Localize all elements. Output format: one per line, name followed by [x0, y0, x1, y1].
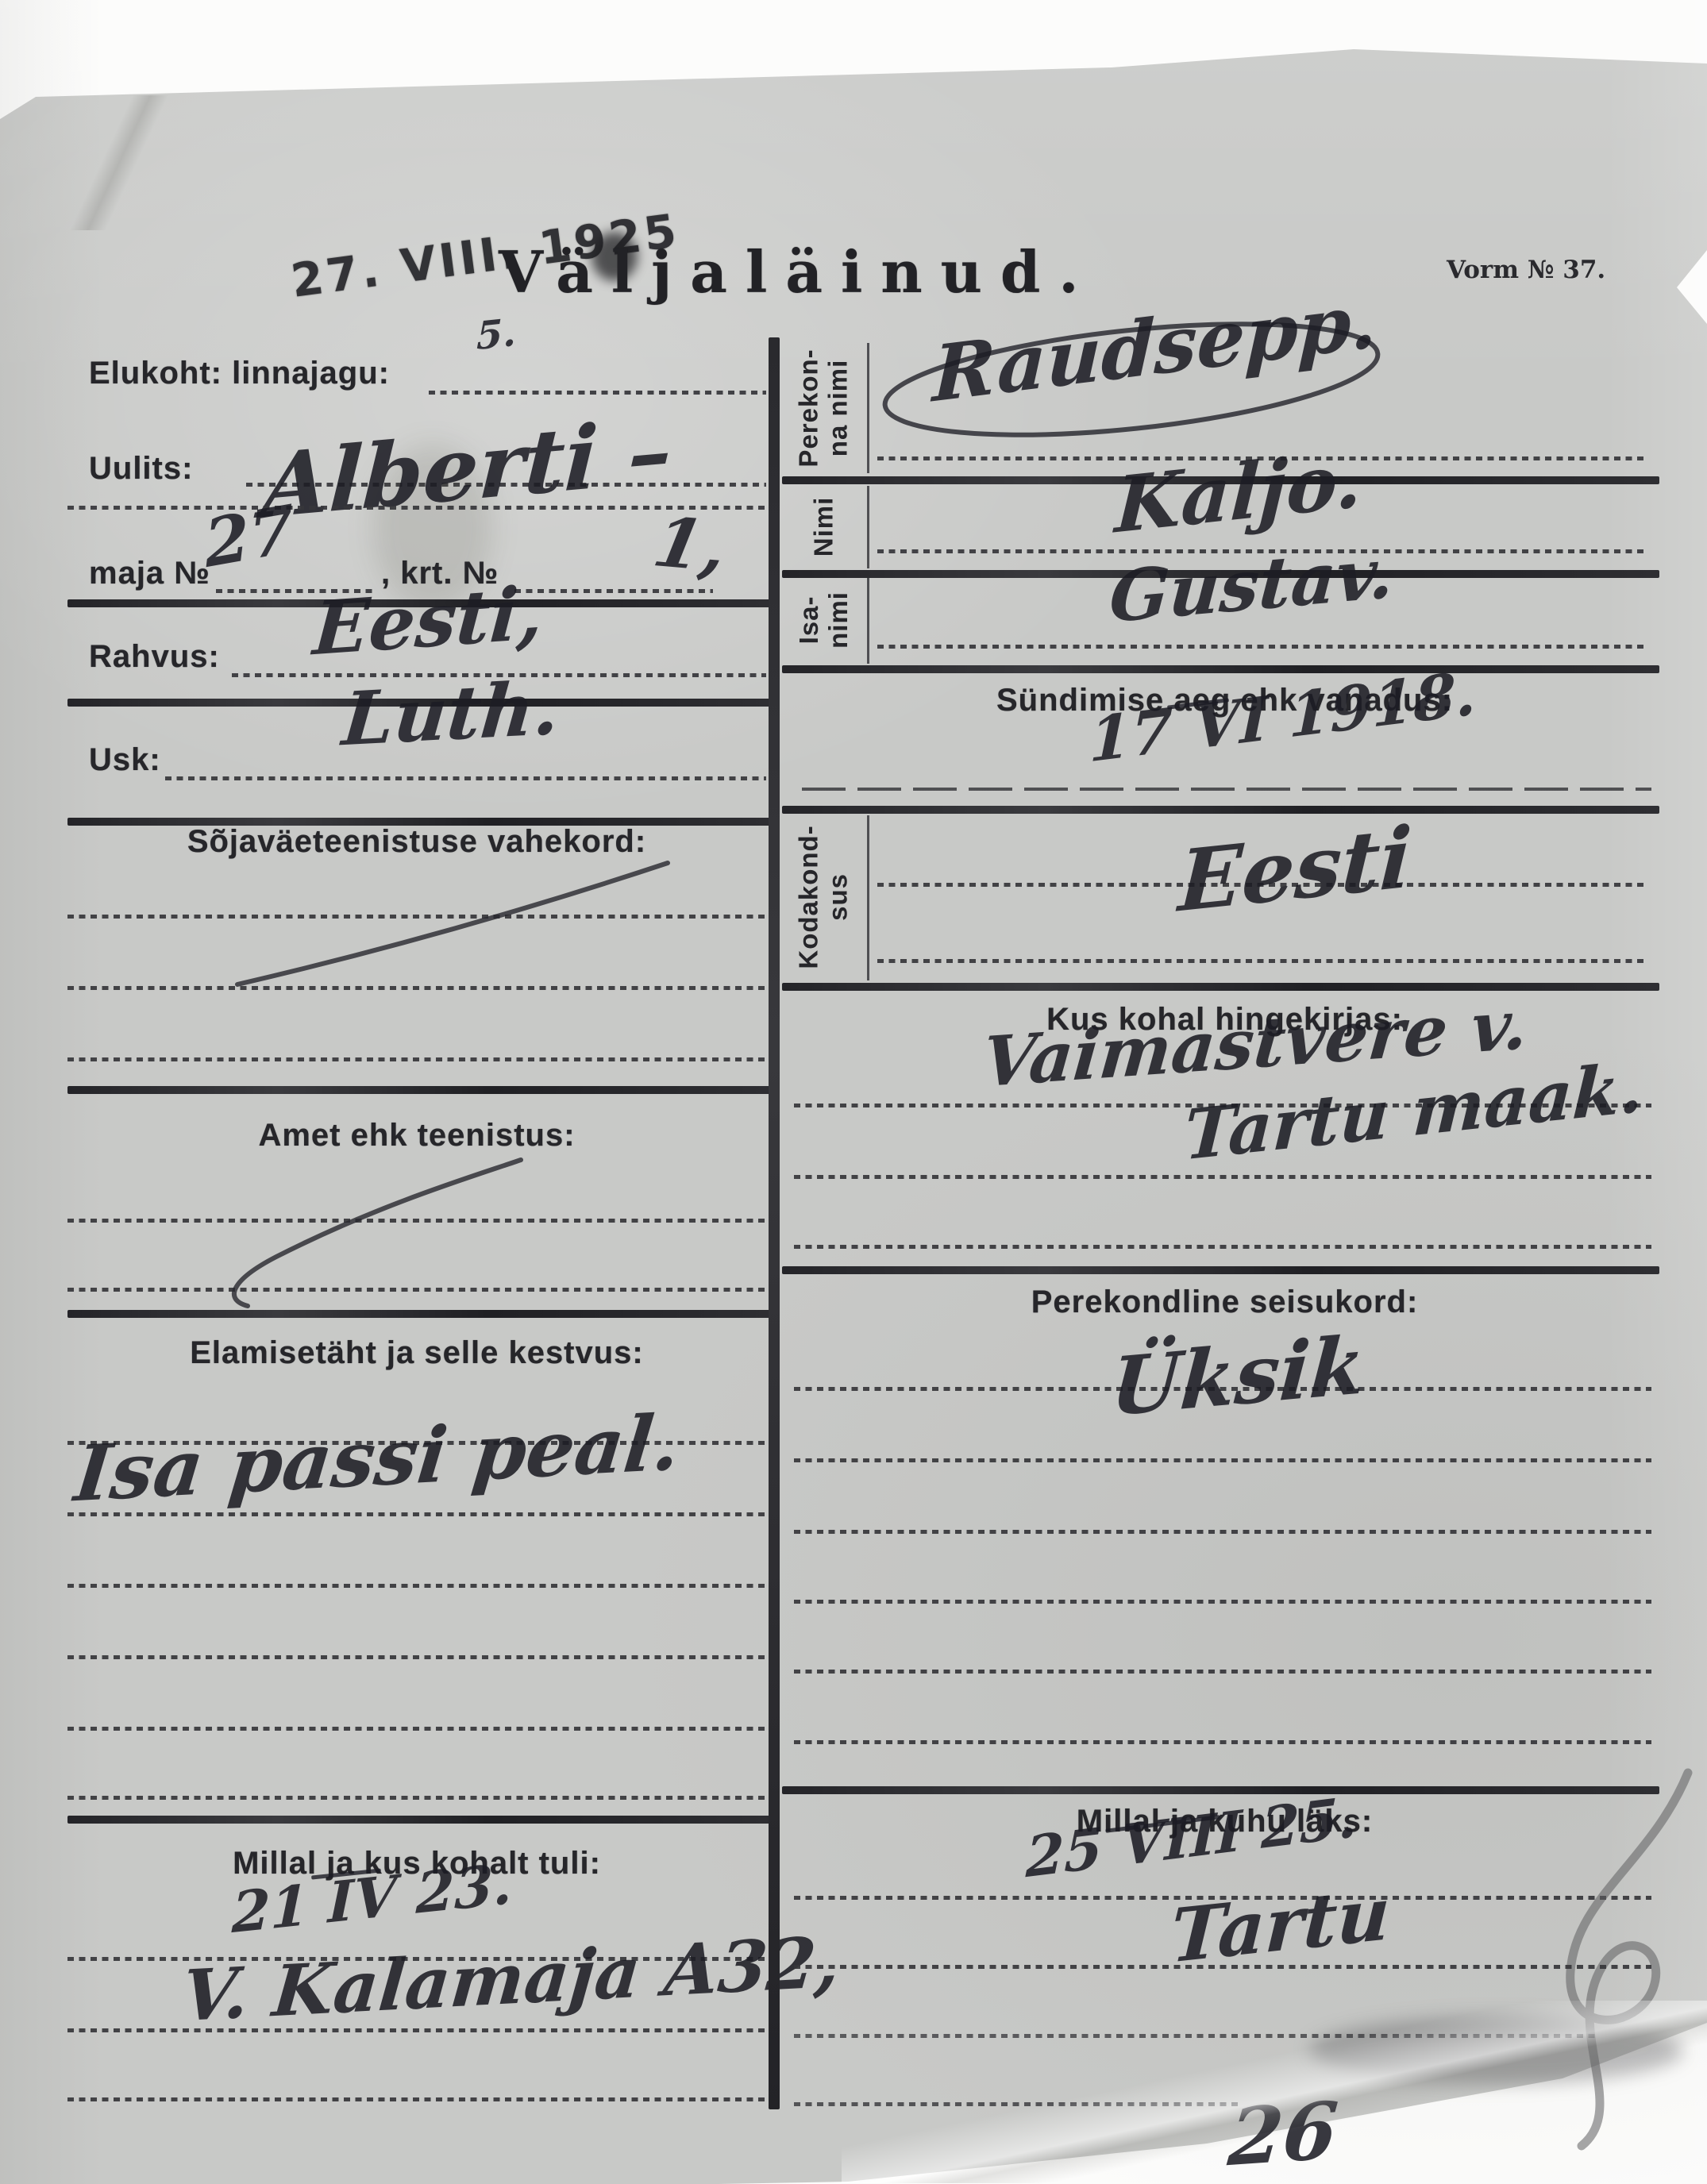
field-label-permit: Elamisetäht ja selle kestvus: [67, 1335, 766, 1371]
scanned-form-page: 27. VIII. 1925 Väljaläinud. Vorm № 37. E… [0, 0, 1707, 2184]
field-label-family-status: Perekondline seisukord: [798, 1285, 1651, 1320]
dash-stroke-occupation [224, 1155, 526, 1310]
dotted-line [67, 2097, 766, 2101]
dotted-line [794, 1530, 1651, 1534]
field-label-religion: Usk: [89, 742, 161, 778]
field-value-residence: 5. [476, 310, 516, 360]
field-label-nationality: Rahvus: [89, 639, 220, 675]
label-rule [867, 343, 869, 473]
section-divider [67, 1086, 770, 1094]
field-label-house-no: maja № [89, 556, 210, 591]
father-name-label-line1: Isa- [795, 591, 824, 649]
dotted-line [877, 645, 1646, 649]
dotted-line [165, 776, 766, 780]
ruled-line [802, 788, 1651, 791]
section-divider [782, 665, 1659, 673]
label-rule [867, 486, 869, 568]
dotted-line [794, 1740, 1651, 1744]
dotted-line [794, 1600, 1651, 1604]
pencil-flourish [1532, 1766, 1707, 2155]
dotted-line [429, 391, 766, 395]
dotted-line [67, 1655, 766, 1659]
dotted-line [794, 1245, 1651, 1249]
citizenship-label-line1: Kodakond- [795, 825, 824, 969]
dotted-line [67, 1727, 766, 1731]
dotted-line [794, 2034, 1596, 2038]
section-divider [782, 1266, 1659, 1274]
field-value-nationality: Eesti, [310, 569, 546, 672]
form-number: Vorm № 37. [1447, 256, 1605, 284]
dotted-line [794, 2102, 1239, 2106]
first-name-label: Nimi [809, 496, 838, 557]
citizenship-label-line2: sus [824, 825, 853, 969]
section-divider [67, 1816, 770, 1824]
dotted-line [67, 1512, 766, 1516]
field-label-first-name: Nimi [782, 484, 865, 568]
field-value-apartment-no: 1, [647, 503, 734, 588]
bottom-scribble: 26 [1225, 2085, 1341, 2184]
field-label-father-name: Isa- nimi [782, 576, 865, 664]
section-divider [67, 1310, 770, 1318]
label-rule [867, 578, 869, 664]
dotted-line [67, 1057, 766, 1061]
dotted-line [794, 1175, 1651, 1179]
dotted-line [67, 1796, 766, 1800]
surname-label-line2: na nimi [824, 349, 853, 467]
field-label-military: Sõjaväeteenistuse vahekord: [67, 824, 766, 860]
field-label-surname: Perekon- na nimi [782, 341, 865, 475]
dotted-line [794, 1458, 1651, 1462]
dotted-line [794, 1670, 1651, 1674]
surname-label-line1: Perekon- [795, 349, 824, 467]
field-label-occupation: Amet ehk teenistus: [67, 1118, 766, 1154]
field-label-citizenship: Kodakond- sus [782, 814, 865, 980]
dotted-line [877, 959, 1646, 963]
section-divider [782, 806, 1659, 814]
dotted-line [794, 1965, 1651, 1969]
father-name-label-line2: nimi [824, 591, 853, 649]
field-value-house-no: 27 [202, 491, 297, 583]
section-divider [782, 1786, 1659, 1794]
field-label-street: Uulits: [89, 451, 193, 487]
column-divider [769, 337, 780, 2109]
field-value-religion: Luth. [339, 664, 563, 762]
form-title: Väljaläinud. [499, 238, 1096, 306]
dotted-line [67, 1584, 766, 1588]
label-rule [867, 815, 869, 980]
pencil-smudge [1310, 2016, 1683, 2084]
field-label-residence: Elukoht: linnajagu: [89, 356, 390, 391]
dotted-line [67, 2028, 766, 2032]
dash-stroke-military [234, 859, 671, 990]
